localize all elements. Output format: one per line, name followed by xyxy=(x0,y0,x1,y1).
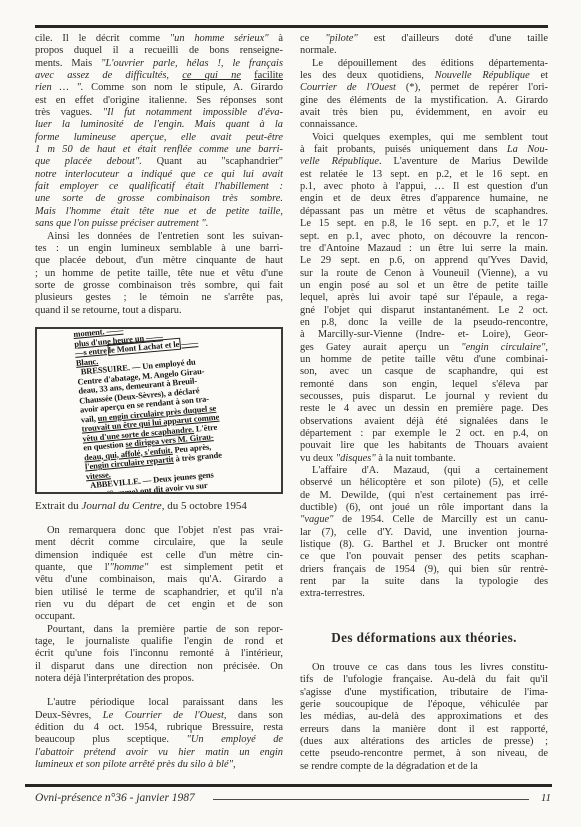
text-line: reste le 4 avec un dessin en première pa… xyxy=(300,403,548,415)
right-column: ce "pilote" est d'ailleurs doté d'une ta… xyxy=(300,33,548,773)
text-line: Voici quelques exemples, qui me semblent… xyxy=(300,132,548,144)
text-line: cile. Il le décrit comme "un homme série… xyxy=(35,33,283,45)
text-line: velle République. L'aventure de Marius D… xyxy=(300,156,548,168)
text-line: sur la route de Cenon à Vouneuil (Vienne… xyxy=(300,268,548,280)
right-column-text-bottom: On trouve ce cas dans tous les livres co… xyxy=(300,662,548,773)
text-line: occupant. xyxy=(35,611,283,623)
text-line: quand il se retourne, tout a disparu. xyxy=(35,305,283,317)
text-line: On trouve ce cas dans tous les livres co… xyxy=(300,662,548,674)
text-line: sans que l'on puisse préciser autrement … xyxy=(35,218,283,230)
text-line: il disparut dans une direction non préci… xyxy=(35,661,283,673)
text-line: plusieurs gestes ; le témoin ne s'arrête… xyxy=(35,292,283,304)
text-line: dépassant pas un mètre et vêtus de scaph… xyxy=(300,206,548,218)
figure-caption: Extrait du Journal du Centre, du 5 octob… xyxy=(35,500,283,513)
text-line: connaissance. xyxy=(300,119,548,131)
text-line: ment décrit comme circulaire, que la seu… xyxy=(35,537,283,549)
text-line: vu deux "disques" à la nuit tombante. xyxy=(300,453,548,465)
text-line: L'autre périodique local paraissant dans… xyxy=(35,697,283,709)
text-line: tifs de l'ufologie française. Au-delà du… xyxy=(300,674,548,686)
paragraph: Pourtant, dans la première partie de son… xyxy=(35,624,283,686)
text-line: Le 29 sept. en p.6, on apprend qu'Yves D… xyxy=(300,255,548,267)
text-line: notera déjà l'interprétation des propos. xyxy=(35,673,283,685)
text-line: à fait probants, puisés uniquement dans … xyxy=(300,144,548,156)
paragraph: Voici quelques exemples, qui me semblent… xyxy=(300,132,548,465)
text-line: p.1, avec photo à l'appui, … Il est ques… xyxy=(300,181,548,193)
text-line: écrit qu'une fois l'inconnu remonté à l'… xyxy=(35,648,283,660)
top-rule xyxy=(35,25,548,28)
newspaper-clipping-figure: moment. ——plus d'une heure un ———s entre… xyxy=(35,327,283,494)
text-line: gné l'objet qui disparut instantanément.… xyxy=(300,305,548,317)
page-number: 11 xyxy=(541,791,553,805)
paragraph: L'affaire d'A. Mazaud, (qui a certaineme… xyxy=(300,465,548,601)
footer-rule xyxy=(25,784,552,787)
text-line: driers français de 1954 (9), qui bien sû… xyxy=(300,564,548,576)
text-line: listique (8). G. Barthel et J. Brucker o… xyxy=(300,539,548,551)
text-line: rien … ". Comme son nom le stipule, A. G… xyxy=(35,82,283,94)
text-line: normale. xyxy=(300,45,548,57)
text-line: luer la luminosité de l'engin. Mais quan… xyxy=(35,119,283,131)
text-line: ments. Mais "L'ouvrier parle, hélas !, l… xyxy=(35,58,283,70)
footer: Ovni-présence n°36 - janvier 1987 11 xyxy=(35,791,553,805)
text-line: lumineux et son pilote arrêté près du si… xyxy=(35,759,283,771)
footer-divider-line xyxy=(213,799,529,800)
text-line: les médias, au-delà des approximations e… xyxy=(300,711,548,723)
text-line: sorte de grosse combinaison très sombre,… xyxy=(35,280,283,292)
text-line: l'abattoir prétend avoir vu hier matin u… xyxy=(35,747,283,759)
two-column-text-area: cile. Il le décrit comme "un homme série… xyxy=(35,33,548,773)
text-line: gerie soucoupique de l'époque, véhiculée… xyxy=(300,699,548,711)
text-line: extra-terrestres. xyxy=(300,588,548,600)
paragraph: Ainsi les données de l'entretien sont le… xyxy=(35,231,283,317)
text-line: observations avaient déjà été signalées … xyxy=(300,416,548,428)
text-line: rent par la suite dans la typologie des xyxy=(300,576,548,588)
paragraph: On trouve ce cas dans tous les livres co… xyxy=(300,662,548,773)
text-line: propos duquel il a recueilli de bons ren… xyxy=(35,45,283,57)
text-line: engin et de deux êtres d'apparence humai… xyxy=(300,193,548,205)
text-line: Courrier de l'Ouest (*), permet de repér… xyxy=(300,82,548,94)
text-line: s'agisse d'une mystification, tributaire… xyxy=(300,687,548,699)
text-line: lar (7), celle d'Y. David, une invention… xyxy=(300,527,548,539)
text-line: cette pseudo-rencontre permet, à son niv… xyxy=(300,748,548,760)
section-heading: Des déformations aux théories. xyxy=(300,629,548,646)
text-line: les des deux quotidiens, Nouvelle Républ… xyxy=(300,70,548,82)
left-column-text-bottom: On remarquera donc que l'objet n'est pas… xyxy=(35,525,283,772)
text-line: observé un hélicoptère et son pilote) (5… xyxy=(300,477,548,489)
right-column-text-top: ce "pilote" est d'ailleurs doté d'une ta… xyxy=(300,33,548,601)
text-line: (dues aux altérations des articles de pr… xyxy=(300,736,548,748)
text-line: que placée debout, d'un mètre cinquante … xyxy=(35,255,283,267)
text-line: fait employer ce qualificatif était l'ha… xyxy=(35,181,283,193)
text-line: secousses, puis disparut. Le journal y r… xyxy=(300,391,548,403)
text-line: en p.8, donc la veille de la pseudo-renc… xyxy=(300,317,548,329)
text-line: se rendre compte de la dégradation et de… xyxy=(300,761,548,773)
text-line: forme lumineuse aperçue, elle avait peut… xyxy=(35,132,283,144)
text-line: son, avec un casque de scaphandre, qui e… xyxy=(300,366,548,378)
text-line: gine des éléments de la mystification. A… xyxy=(300,95,548,107)
text-line: avait très bien pu, évidemment, en avoir… xyxy=(300,107,548,119)
text-line: que placée debout". Quant au "scaphandri… xyxy=(35,156,283,168)
left-column-text-top: cile. Il le décrit comme "un homme série… xyxy=(35,33,283,317)
text-line: ce "pilote" est d'ailleurs doté d'une ta… xyxy=(300,33,548,45)
journal-title: Ovni-présence n°36 - janvier 1987 xyxy=(35,791,195,805)
text-line: est en effet d'origine italienne. Ses ré… xyxy=(35,95,283,107)
text-line: à Marcilly-sur-Vienne (Indre- et- Loire)… xyxy=(300,329,548,341)
text-line: Le 15 sept. en p.8, le 16 sept. en p.7, … xyxy=(300,218,548,230)
text-line: quante, que l'"homme" est simplement pet… xyxy=(35,562,283,574)
text-line: lequel, après lui avoir tapé sur l'épaul… xyxy=(300,292,548,304)
text-line: Mais l'homme était tête nue et de petite… xyxy=(35,206,283,218)
text-line: 1 m 50 de haut et était renflée comme un… xyxy=(35,144,283,156)
text-line: département : par exemple le 2 oct. en p… xyxy=(300,428,548,440)
text-line: ; un homme de petite taille, tête nue et… xyxy=(35,268,283,280)
text-line: On remarquera donc que l'objet n'est pas… xyxy=(35,525,283,537)
text-line: est relatée le 13 sept. en p.2, et le 16… xyxy=(300,169,548,181)
text-line: édition du 4 oct. 1954, rubrique Bressui… xyxy=(35,722,283,734)
text-line: avec assez de difficultés, ce qui ne fac… xyxy=(35,70,283,82)
text-line: ges Gatey aurait aperçu un "engin circul… xyxy=(300,342,548,354)
text-line: une sorte de grosse combinaison très som… xyxy=(35,193,283,205)
text-line: bien utilisé le terme de scaphandrier, e… xyxy=(35,587,283,599)
text-line: Pourtant, dans la première partie de son… xyxy=(35,624,283,636)
text-line: notre interlocuteur a indiqué que ce qui… xyxy=(35,169,283,181)
paragraph: L'autre périodique local paraissant dans… xyxy=(35,697,283,771)
text-line: dimension indiquée est celle d'un mètre … xyxy=(35,550,283,562)
text-line: vêtu d'une combinaison, mais qu'A. Girar… xyxy=(35,574,283,586)
text-line: ce que l'on pouvait penser des petits sc… xyxy=(300,551,548,563)
left-column: cile. Il le décrit comme "un homme série… xyxy=(35,33,283,773)
paragraph: Le dépouillement des éditions départemen… xyxy=(300,58,548,132)
paragraph: cile. Il le décrit comme "un homme série… xyxy=(35,33,283,231)
text-line: erreurs dans la manière dont il est rapp… xyxy=(300,724,548,736)
text-line: Deux-Sèvres, Le Courrier de l'Ouest, dan… xyxy=(35,710,283,722)
text-line: tes : un engin lumineux semblable à une … xyxy=(35,243,283,255)
text-line: rien vu du départ de cet engin et de son xyxy=(35,599,283,611)
text-line: Ainsi les données de l'entretien sont le… xyxy=(35,231,283,243)
text-line: remonté dans son engin, lequel s'éleva p… xyxy=(300,379,548,391)
paragraph: On remarquera donc que l'objet n'est pas… xyxy=(35,525,283,624)
text-line: tage, le journaliste qualifie l'engin de… xyxy=(35,636,283,648)
text-line: de M. Dewilde, (qui n'est certainement p… xyxy=(300,490,548,502)
text-line: Le dépouillement des éditions départemen… xyxy=(300,58,548,70)
text-line: ductible) (6), ont joué un rôle importan… xyxy=(300,502,548,514)
newspaper-clipping-text: moment. ——plus d'une heure un ———s entre… xyxy=(73,327,280,494)
text-line: L'affaire d'A. Mazaud, (qui a certaineme… xyxy=(300,465,548,477)
paragraph: ce "pilote" est d'ailleurs doté d'une ta… xyxy=(300,33,548,58)
text-line: sept. en p.1, avec photo, on découvre la… xyxy=(300,231,548,243)
text-line: un homme de petite taille vêtu d'une com… xyxy=(300,354,548,366)
text-line: très vagues. "Il fut notamment impossibl… xyxy=(35,107,283,119)
journal-page: cile. Il le décrit comme "un homme série… xyxy=(0,0,581,827)
text-line: "vague" de 1954. Celle de Marcilly est u… xyxy=(300,514,548,526)
text-line: tre d'Antoine Mazaud : un être lui serre… xyxy=(300,243,548,255)
text-line: un engin posé au sol et un être de petit… xyxy=(300,280,548,292)
text-line: pouvait lire que les habitants de Thouar… xyxy=(300,440,548,452)
text-line: beaucoup plus sceptique. "Un employé de xyxy=(35,734,283,746)
